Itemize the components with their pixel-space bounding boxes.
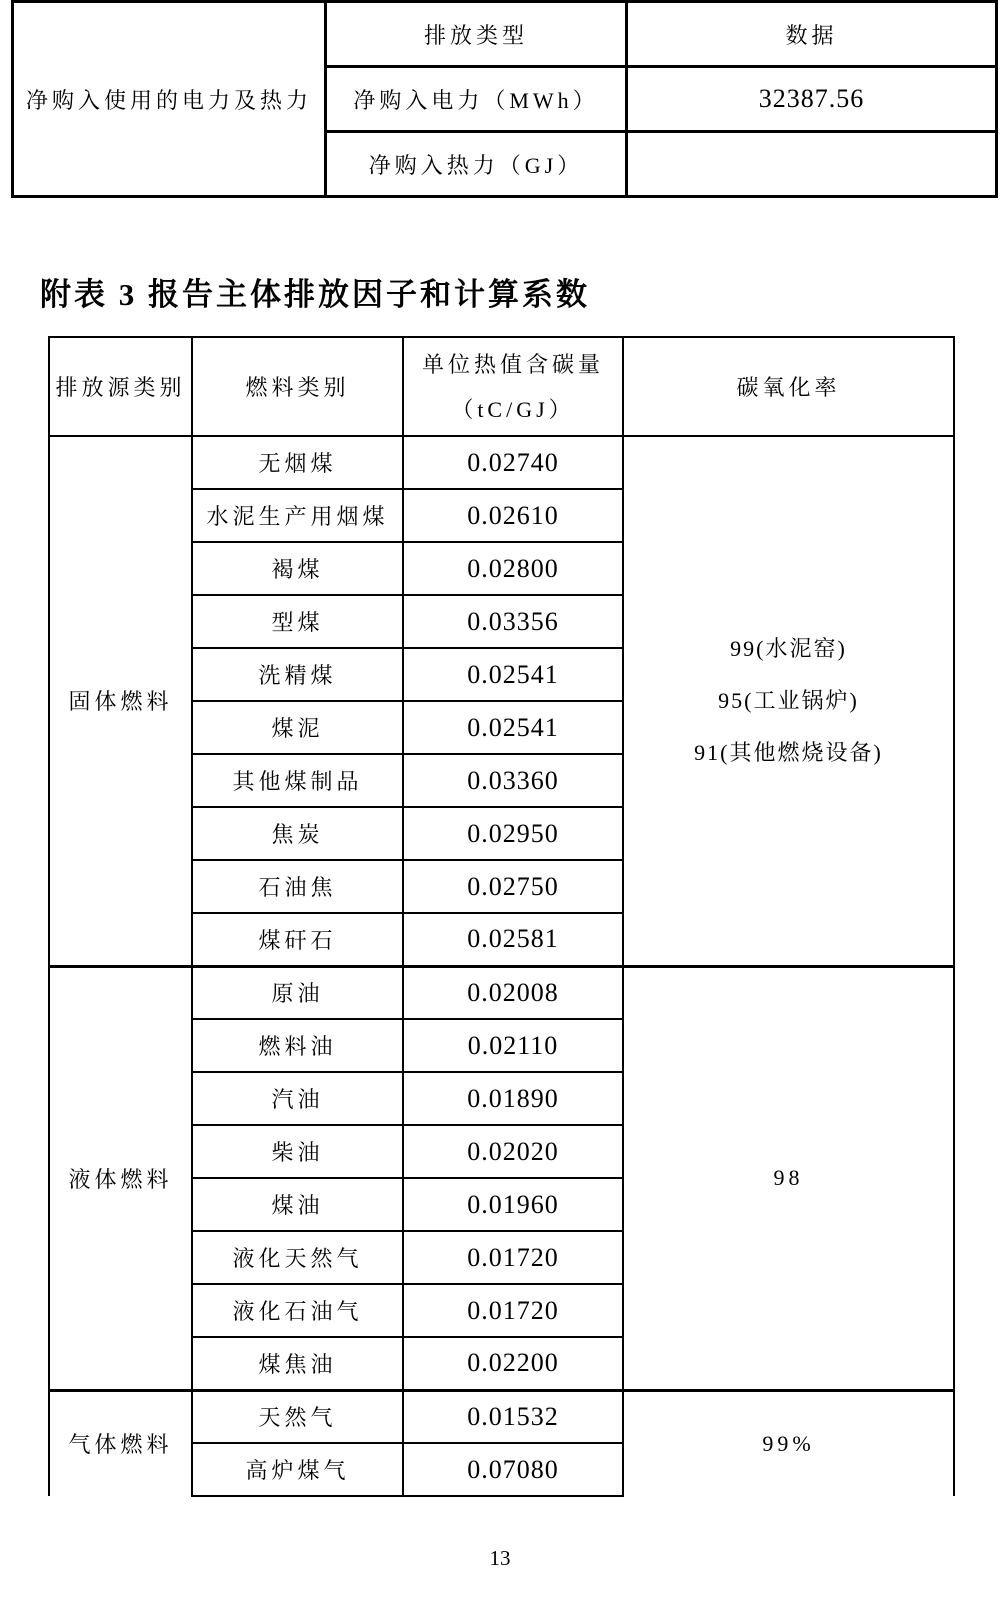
- oxidation-line: 91(其他燃烧设备): [624, 727, 953, 779]
- table-row: 液体燃料 原油 0.02008 98: [49, 966, 954, 1019]
- carbon-value-cell: 0.02020: [403, 1125, 623, 1178]
- fuel-cell: 原油: [192, 966, 403, 1019]
- electricity-type-cell: 净购入电力（MWh）: [326, 67, 627, 132]
- carbon-value-cell: 0.02950: [403, 807, 623, 860]
- source-category-cell: 固体燃料: [49, 436, 192, 966]
- carbon-value-cell: 0.01720: [403, 1284, 623, 1337]
- carbon-value-cell: 0.02541: [403, 701, 623, 754]
- table-row: 气体燃料 天然气 0.01532 99%: [49, 1390, 954, 1443]
- table-row: 固体燃料 无烟煤 0.02740 99(水泥窑) 95(工业锅炉) 91(其他燃…: [49, 436, 954, 489]
- energy-category-cell: 净购入使用的电力及热力: [13, 2, 326, 197]
- fuel-cell: 其他煤制品: [192, 754, 403, 807]
- carbon-value-cell: 0.02800: [403, 542, 623, 595]
- col-header-data: 数据: [627, 2, 997, 67]
- page-number: 13: [0, 1546, 1000, 1571]
- carbon-value-cell: 0.02750: [403, 860, 623, 913]
- col-header-fuel: 燃料类别: [192, 337, 403, 436]
- fuel-cell: 液化天然气: [192, 1231, 403, 1284]
- carbon-value-cell: 0.03360: [403, 754, 623, 807]
- oxidation-rate-cell: 99%: [623, 1390, 954, 1496]
- section-title: 附表 3 报告主体排放因子和计算系数: [40, 269, 590, 314]
- oxidation-rate-cell: 99(水泥窑) 95(工业锅炉) 91(其他燃烧设备): [623, 436, 954, 966]
- carbon-value-cell: 0.01890: [403, 1072, 623, 1125]
- col-header-carbon-content: 单位热值含碳量 （tC/GJ）: [403, 337, 623, 436]
- fuel-cell: 无烟煤: [192, 436, 403, 489]
- fuel-cell: 煤泥: [192, 701, 403, 754]
- carbon-value-cell: 0.02008: [403, 966, 623, 1019]
- emission-factors-table: 排放源类别 燃料类别 单位热值含碳量 （tC/GJ） 碳氧化率 固体燃料 无烟煤…: [48, 336, 955, 1497]
- fuel-cell: 天然气: [192, 1390, 403, 1443]
- carbon-value-cell: 0.03356: [403, 595, 623, 648]
- oxidation-line: 99(水泥窑): [624, 623, 953, 675]
- oxidation-line: 95(工业锅炉): [624, 675, 953, 727]
- carbon-value-cell: 0.01960: [403, 1178, 623, 1231]
- carbon-header-line1: 单位热值含碳量: [404, 342, 622, 387]
- fuel-cell: 水泥生产用烟煤: [192, 489, 403, 542]
- fuel-cell: 褐煤: [192, 542, 403, 595]
- energy-purchase-table: 净购入使用的电力及热力 排放类型 数据 净购入电力（MWh） 32387.56 …: [11, 0, 998, 198]
- carbon-value-cell: 0.02541: [403, 648, 623, 701]
- table-header-row: 排放源类别 燃料类别 单位热值含碳量 （tC/GJ） 碳氧化率: [49, 337, 954, 436]
- fuel-cell: 液化石油气: [192, 1284, 403, 1337]
- carbon-value-cell: 0.01532: [403, 1390, 623, 1443]
- col-header-emission-type: 排放类型: [326, 2, 627, 67]
- col-header-oxidation: 碳氧化率: [623, 337, 954, 436]
- fuel-cell: 汽油: [192, 1072, 403, 1125]
- carbon-value-cell: 0.01720: [403, 1231, 623, 1284]
- heat-type-cell: 净购入热力（GJ）: [326, 132, 627, 197]
- table-row: 净购入使用的电力及热力 排放类型 数据: [13, 2, 997, 67]
- col-header-source: 排放源类别: [49, 337, 192, 436]
- fuel-cell: 洗精煤: [192, 648, 403, 701]
- electricity-value-cell: 32387.56: [627, 67, 997, 132]
- fuel-cell: 焦炭: [192, 807, 403, 860]
- heat-value-cell: [627, 132, 997, 197]
- carbon-value-cell: 0.07080: [403, 1443, 623, 1496]
- carbon-value-cell: 0.02110: [403, 1019, 623, 1072]
- fuel-cell: 燃料油: [192, 1019, 403, 1072]
- source-category-cell: 液体燃料: [49, 966, 192, 1390]
- fuel-cell: 煤矸石: [192, 913, 403, 966]
- fuel-cell: 型煤: [192, 595, 403, 648]
- fuel-cell: 煤油: [192, 1178, 403, 1231]
- carbon-value-cell: 0.02610: [403, 489, 623, 542]
- fuel-cell: 煤焦油: [192, 1337, 403, 1390]
- carbon-value-cell: 0.02740: [403, 436, 623, 489]
- carbon-header-line2: （tC/GJ）: [404, 387, 622, 432]
- fuel-cell: 石油焦: [192, 860, 403, 913]
- fuel-cell: 柴油: [192, 1125, 403, 1178]
- source-category-cell: 气体燃料: [49, 1390, 192, 1496]
- carbon-value-cell: 0.02200: [403, 1337, 623, 1390]
- fuel-cell: 高炉煤气: [192, 1443, 403, 1496]
- oxidation-rate-cell: 98: [623, 966, 954, 1390]
- carbon-value-cell: 0.02581: [403, 913, 623, 966]
